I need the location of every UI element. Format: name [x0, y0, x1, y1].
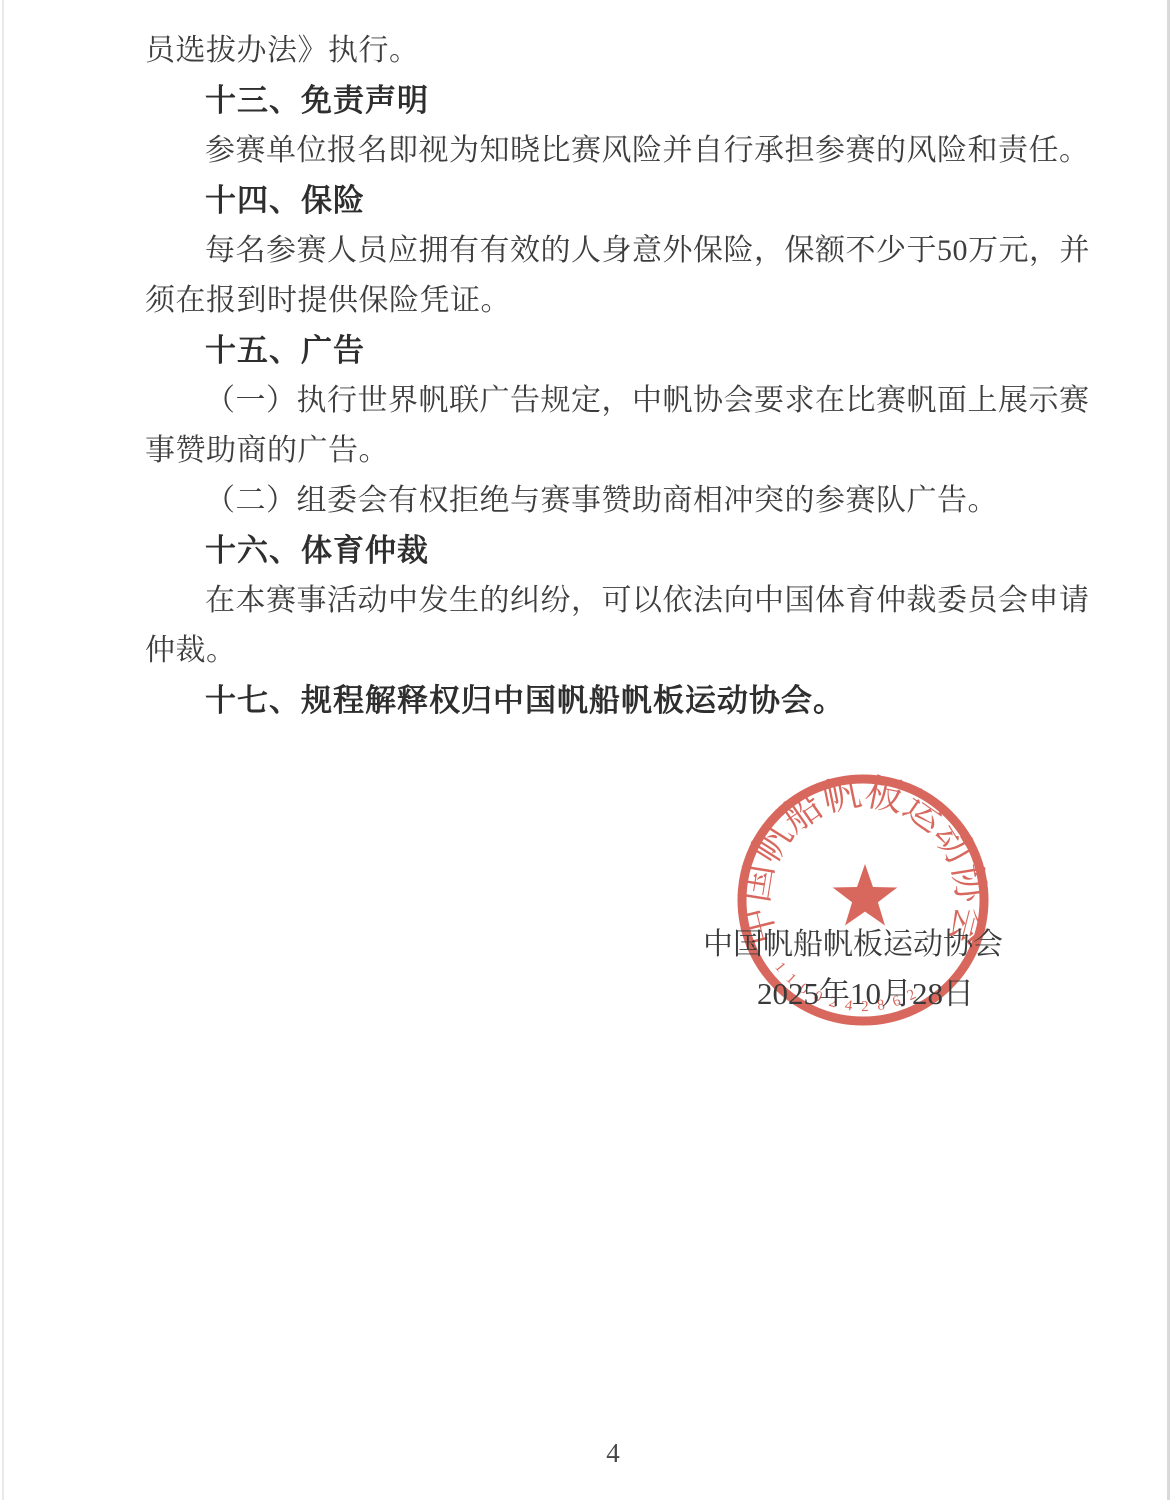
seal-star-icon — [833, 864, 898, 926]
seal-ring-text: 中国帆船帆板运动协会 — [735, 772, 992, 949]
scanned-document-page: 员选拔办法》执行。十三、免责声明参赛单位报名即视为知晓比赛风险并自行承担参赛的风… — [0, 0, 1170, 1500]
text-line: 参赛单位报名即视为知晓比赛风险并自行承担参赛的风险和责任。 — [145, 126, 1065, 176]
text-line: 十四、保险 — [145, 176, 1065, 226]
text-line: 须在报到时提供保险凭证。 — [145, 276, 1065, 326]
scan-edge-artifact-left — [2, 0, 4, 1500]
text-line: 事赞助商的广告。 — [145, 426, 1065, 476]
signature-organization: 中国帆船帆板运动协会 — [703, 929, 1003, 961]
svg-text:1: 1 — [771, 959, 788, 975]
document-body: 员选拔办法》执行。十三、免责声明参赛单位报名即视为知晓比赛风险并自行承担参赛的风… — [145, 26, 1065, 726]
text-line: 在本赛事活动中发生的纠纷，可以依法向中国体育仲裁委员会申请 — [145, 576, 1065, 626]
page-number: 4 — [0, 1438, 1170, 1469]
text-line: 十三、免责声明 — [145, 76, 1065, 126]
text-line: （一）执行世界帆联广告规定，中帆协会要求在比赛帆面上展示赛 — [145, 376, 1065, 426]
text-line: 仲裁。 — [145, 626, 1065, 676]
text-line: 十五、广告 — [145, 326, 1065, 376]
text-line: （二）组委会有权拒绝与赛事赞助商相冲突的参赛队广告。 — [145, 476, 1065, 526]
text-line: 十六、体育仲裁 — [145, 526, 1065, 576]
text-line: 每名参赛人员应拥有有效的人身意外保险，保额不少于50万元，并 — [145, 226, 1065, 276]
signature-date: 2025年10月28日 — [757, 977, 974, 1010]
text-line: 员选拔办法》执行。 — [145, 26, 1065, 76]
text-line: 十七、规程解释权归中国帆船帆板运动协会。 — [145, 676, 1065, 726]
